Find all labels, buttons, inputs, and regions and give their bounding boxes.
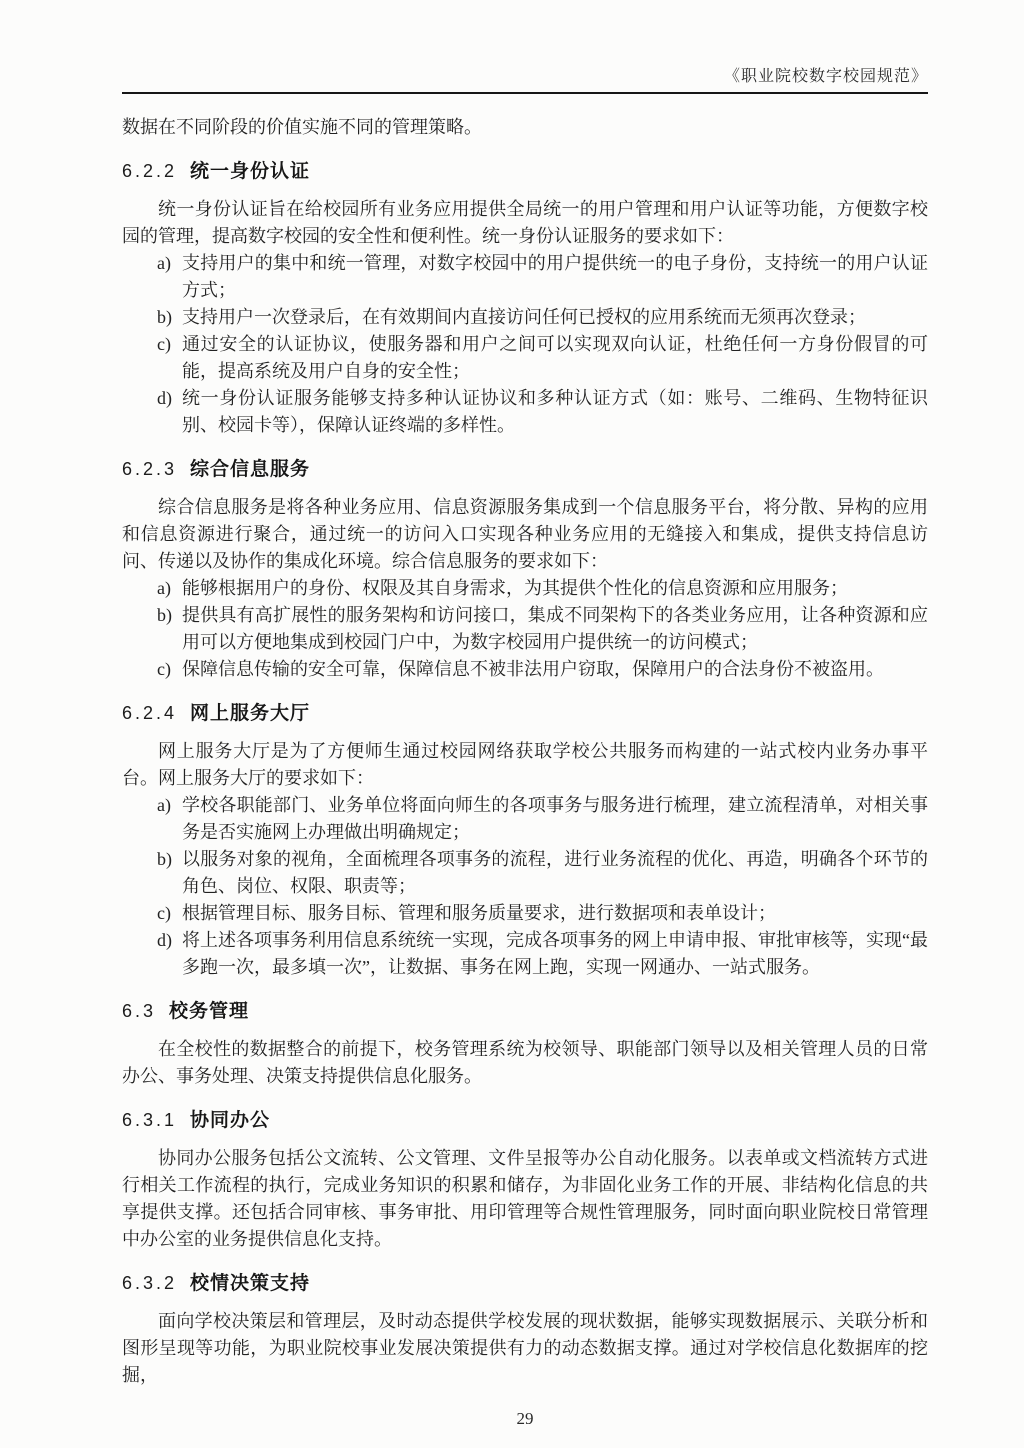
item-text: 根据管理目标、服务目标、管理和服务质量要求，进行数据项和表单设计； — [182, 900, 928, 927]
header-rule — [122, 92, 928, 94]
item-text: 能够根据用户的身份、权限及其自身需求，为其提供个性化的信息资源和应用服务； — [182, 575, 928, 602]
list-item: b) 以服务对象的视角，全面梳理各项事务的流程，进行业务流程的优化、再造，明确各… — [157, 846, 928, 900]
section-paragraph: 统一身份认证旨在给校园所有业务应用提供全局统一的用户管理和用户认证等功能，方便数… — [122, 196, 928, 250]
section-number: 6.3 — [122, 997, 156, 1025]
item-text: 通过安全的认证协议，使服务器和用户之间可以实现双向认证，杜绝任何一方身份假冒的可… — [182, 331, 928, 385]
list-item: a) 能够根据用户的身份、权限及其自身需求，为其提供个性化的信息资源和应用服务； — [157, 575, 928, 602]
section-number: 6.3.1 — [122, 1106, 177, 1134]
section-number: 6.3.2 — [122, 1269, 177, 1297]
section-number: 6.2.3 — [122, 455, 177, 483]
section-paragraph: 在全校性的数据整合的前提下，校务管理系统为校领导、职能部门领导以及相关管理人员的… — [122, 1036, 928, 1090]
running-header: 《职业院校数字校园规范》 — [122, 0, 928, 94]
item-label: d) — [157, 385, 182, 439]
section-title: 综合信息服务 — [190, 456, 310, 484]
section-heading: 6.2.4 网上服务大厅 — [122, 699, 928, 728]
section-heading: 6.2.2 统一身份认证 — [122, 157, 928, 186]
list-item: d) 将上述各项事务利用信息系统统一实现，完成各项事务的网上申请申报、审批审核等… — [157, 927, 928, 981]
list-item: c) 根据管理目标、服务目标、管理和服务质量要求，进行数据项和表单设计； — [157, 900, 928, 927]
item-text: 以服务对象的视角，全面梳理各项事务的流程，进行业务流程的优化、再造，明确各个环节… — [182, 846, 928, 900]
requirement-list: a) 学校各职能部门、业务单位将面向师生的各项事务与服务进行梳理，建立流程清单，… — [122, 792, 928, 981]
section-6-3-2: 6.3.2 校情决策支持 面向学校决策层和管理层，及时动态提供学校发展的现状数据… — [122, 1269, 928, 1389]
list-item: a) 学校各职能部门、业务单位将面向师生的各项事务与服务进行梳理，建立流程清单，… — [157, 792, 928, 846]
section-number: 6.2.4 — [122, 699, 177, 727]
item-label: a) — [157, 792, 182, 846]
section-heading: 6.3.2 校情决策支持 — [122, 1269, 928, 1298]
section-paragraph: 协同办公服务包括公文流转、公文管理、文件呈报等办公自动化服务。以表单或文档流转方… — [122, 1145, 928, 1253]
section-title: 网上服务大厅 — [190, 700, 310, 728]
item-label: a) — [157, 250, 182, 304]
item-text: 保障信息传输的安全可靠，保障信息不被非法用户窃取，保障用户的合法身份不被盗用。 — [182, 656, 928, 683]
document-title: 《职业院校数字校园规范》 — [122, 66, 928, 88]
item-label: c) — [157, 331, 182, 385]
section-6-2-4: 6.2.4 网上服务大厅 网上服务大厅是为了方便师生通过校园网络获取学校公共服务… — [122, 699, 928, 981]
section-6-3-1: 6.3.1 协同办公 协同办公服务包括公文流转、公文管理、文件呈报等办公自动化服… — [122, 1106, 928, 1253]
item-label: b) — [157, 846, 182, 900]
item-label: d) — [157, 927, 182, 981]
section-paragraph: 综合信息服务是将各种业务应用、信息资源服务集成到一个信息服务平台，将分散、异构的… — [122, 494, 928, 575]
section-title: 统一身份认证 — [190, 158, 310, 186]
list-item: b) 提供具有高扩展性的服务架构和访问接口，集成不同架构下的各类业务应用，让各种… — [157, 602, 928, 656]
item-label: b) — [157, 602, 182, 656]
section-heading: 6.3.1 协同办公 — [122, 1106, 928, 1135]
section-number: 6.2.2 — [122, 157, 177, 185]
requirement-list: a) 能够根据用户的身份、权限及其自身需求，为其提供个性化的信息资源和应用服务；… — [122, 575, 928, 683]
item-text: 将上述各项事务利用信息系统统一实现，完成各项事务的网上申请申报、审批审核等，实现… — [182, 927, 928, 981]
list-item: b) 支持用户一次登录后，在有效期间内直接访问任何已授权的应用系统而无须再次登录… — [157, 304, 928, 331]
section-paragraph: 面向学校决策层和管理层，及时动态提供学校发展的现状数据，能够实现数据展示、关联分… — [122, 1308, 928, 1389]
section-heading: 6.2.3 综合信息服务 — [122, 455, 928, 484]
item-label: b) — [157, 304, 182, 331]
item-text: 提供具有高扩展性的服务架构和访问接口，集成不同架构下的各类业务应用，让各种资源和… — [182, 602, 928, 656]
requirement-list: a) 支持用户的集中和统一管理，对数字校园中的用户提供统一的电子身份，支持统一的… — [122, 250, 928, 439]
list-item: d) 统一身份认证服务能够支持多种认证协议和多种认证方式（如：账号、二维码、生物… — [157, 385, 928, 439]
list-item: c) 保障信息传输的安全可靠，保障信息不被非法用户窃取，保障用户的合法身份不被盗… — [157, 656, 928, 683]
carryover-paragraph: 数据在不同阶段的价值实施不同的管理策略。 — [122, 114, 928, 141]
section-6-2-3: 6.2.3 综合信息服务 综合信息服务是将各种业务应用、信息资源服务集成到一个信… — [122, 455, 928, 683]
item-text: 支持用户一次登录后，在有效期间内直接访问任何已授权的应用系统而无须再次登录； — [182, 304, 928, 331]
section-title: 校情决策支持 — [190, 1270, 310, 1298]
item-label: c) — [157, 900, 182, 927]
document-page: 《职业院校数字校园规范》 数据在不同阶段的价值实施不同的管理策略。 6.2.2 … — [0, 0, 1024, 1448]
item-text: 学校各职能部门、业务单位将面向师生的各项事务与服务进行梳理，建立流程清单，对相关… — [182, 792, 928, 846]
list-item: a) 支持用户的集中和统一管理，对数字校园中的用户提供统一的电子身份，支持统一的… — [157, 250, 928, 304]
page-footer: 29 — [122, 1407, 928, 1431]
item-label: c) — [157, 656, 182, 683]
section-6-3: 6.3 校务管理 在全校性的数据整合的前提下，校务管理系统为校领导、职能部门领导… — [122, 997, 928, 1090]
item-text: 支持用户的集中和统一管理，对数字校园中的用户提供统一的电子身份，支持统一的用户认… — [182, 250, 928, 304]
section-heading: 6.3 校务管理 — [122, 997, 928, 1026]
list-item: c) 通过安全的认证协议，使服务器和用户之间可以实现双向认证，杜绝任何一方身份假… — [157, 331, 928, 385]
item-label: a) — [157, 575, 182, 602]
section-paragraph: 网上服务大厅是为了方便师生通过校园网络获取学校公共服务而构建的一站式校内业务办事… — [122, 738, 928, 792]
section-title: 校务管理 — [169, 998, 249, 1026]
section-title: 协同办公 — [190, 1107, 270, 1135]
item-text: 统一身份认证服务能够支持多种认证协议和多种认证方式（如：账号、二维码、生物特征识… — [182, 385, 928, 439]
section-6-2-2: 6.2.2 统一身份认证 统一身份认证旨在给校园所有业务应用提供全局统一的用户管… — [122, 157, 928, 439]
page-number: 29 — [517, 1409, 534, 1428]
